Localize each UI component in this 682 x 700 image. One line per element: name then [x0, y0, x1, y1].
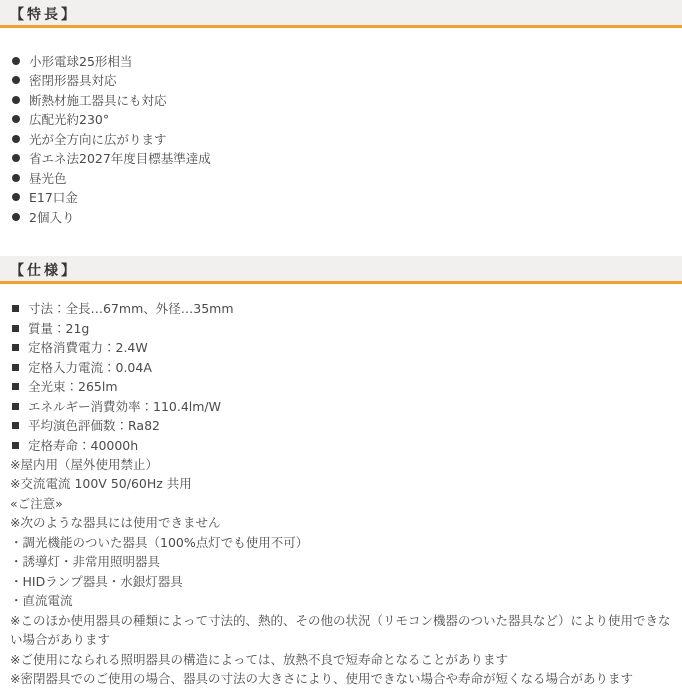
caution-intro: ※次のような器具には使用できません: [10, 513, 672, 533]
feature-item: 広配光約230°: [12, 110, 672, 130]
spec-item: エネルギー消費効率：110.4lm/W: [12, 396, 672, 416]
feature-item: E17口金: [12, 188, 672, 208]
feature-item: 光が全方向に広がります: [12, 129, 672, 149]
spec-item-label: 定格消費電力：2.4W: [28, 338, 148, 356]
feature-item: 省エネ法2027年度目標基準達成: [12, 149, 672, 169]
circle-bullet-icon: [12, 96, 20, 104]
feature-item-label: 昼光色: [29, 169, 67, 187]
spec-notes: ※屋内用（屋外使用禁止） ※交流電流 100V 50/60Hz 共用 «ご注意»…: [0, 455, 682, 689]
feature-item-label: 2個入り: [29, 208, 74, 226]
circle-bullet-icon: [12, 57, 20, 65]
specs-list: 寸法：全長…67mm、外径…35mm 質量：21g 定格消費電力：2.4W 定格…: [0, 284, 682, 455]
caution-label: «ご注意»: [10, 494, 672, 514]
feature-item: 2個入り: [12, 207, 672, 227]
square-bullet-icon: [12, 305, 19, 312]
circle-bullet-icon: [12, 174, 20, 182]
spec-item: 定格消費電力：2.4W: [12, 338, 672, 358]
square-bullet-icon: [12, 422, 19, 429]
circle-bullet-icon: [12, 115, 20, 123]
circle-bullet-icon: [12, 193, 20, 201]
feature-item-label: 光が全方向に広がります: [29, 130, 167, 148]
features-list: 小形電球25形相当 密閉形器具対応 断熱材施工器具にも対応 広配光約230° 光…: [0, 28, 682, 227]
feature-item-label: E17口金: [29, 188, 78, 206]
feature-item: 断熱材施工器具にも対応: [12, 90, 672, 110]
features-section: 【特長】 小形電球25形相当 密閉形器具対応 断熱材施工器具にも対応 広配光約2…: [0, 0, 682, 227]
spec-item: 定格入力電流：0.04A: [12, 357, 672, 377]
spec-item-label: 寸法：全長…67mm、外径…35mm: [28, 299, 234, 317]
spec-item-label: 全光束：265lm: [28, 377, 118, 395]
square-bullet-icon: [12, 383, 19, 390]
features-title: 【特長】: [0, 0, 682, 25]
caution-note: ※密閉器具でのご使用の場合、器具の寸法の大きさにより、使用できない場合や寿命が短…: [10, 669, 672, 689]
square-bullet-icon: [12, 364, 19, 371]
caution-note: ※このほか使用器具の種類によって寸法的、熱的、その他の状況（リモコン機器のついた…: [10, 611, 672, 650]
feature-item-label: 小形電球25形相当: [29, 52, 132, 70]
square-bullet-icon: [12, 325, 19, 332]
circle-bullet-icon: [12, 76, 20, 84]
caution-item: ・HIDランプ器具・水銀灯器具: [10, 572, 672, 592]
circle-bullet-icon: [12, 135, 20, 143]
feature-item-label: 断熱材施工器具にも対応: [29, 91, 167, 109]
product-description-page: 【特長】 小形電球25形相当 密閉形器具対応 断熱材施工器具にも対応 広配光約2…: [0, 0, 682, 700]
feature-item: 密閉形器具対応: [12, 71, 672, 91]
spec-item: 寸法：全長…67mm、外径…35mm: [12, 299, 672, 319]
circle-bullet-icon: [12, 213, 20, 221]
caution-item: ・調光機能のついた器具（100%点灯でも使用不可）: [10, 533, 672, 553]
spec-item-label: 質量：21g: [28, 319, 89, 337]
spec-item: 質量：21g: [12, 318, 672, 338]
caution-note: ※ご使用になられる照明器具の構造によっては、放熱不良で短寿命となることがあります: [10, 650, 672, 670]
spec-item: 全光束：265lm: [12, 377, 672, 397]
feature-item: 小形電球25形相当: [12, 51, 672, 71]
square-bullet-icon: [12, 403, 19, 410]
specs-header: 【仕様】: [0, 256, 682, 284]
feature-item-label: 広配光約230°: [29, 110, 109, 128]
feature-item: 昼光色: [12, 168, 672, 188]
caution-item: ・直流電流: [10, 591, 672, 611]
spec-item: 定格寿命：40000h: [12, 435, 672, 455]
usage-note: ※交流電流 100V 50/60Hz 共用: [10, 474, 672, 494]
spec-item: 平均演色評価数：Ra82: [12, 416, 672, 436]
usage-note: ※屋内用（屋外使用禁止）: [10, 455, 672, 475]
spec-item-label: 定格入力電流：0.04A: [28, 358, 152, 376]
square-bullet-icon: [12, 344, 19, 351]
specs-section: 【仕様】 寸法：全長…67mm、外径…35mm 質量：21g 定格消費電力：2.…: [0, 256, 682, 689]
spec-item-label: 定格寿命：40000h: [28, 436, 138, 454]
spec-item-label: エネルギー消費効率：110.4lm/W: [28, 397, 221, 415]
square-bullet-icon: [12, 442, 19, 449]
caution-item: ・誘導灯・非常用照明器具: [10, 552, 672, 572]
spec-item-label: 平均演色評価数：Ra82: [28, 416, 160, 434]
specs-title: 【仕様】: [0, 256, 682, 281]
features-header: 【特長】: [0, 0, 682, 28]
circle-bullet-icon: [12, 154, 20, 162]
feature-item-label: 省エネ法2027年度目標基準達成: [29, 149, 211, 167]
feature-item-label: 密閉形器具対応: [29, 71, 117, 89]
